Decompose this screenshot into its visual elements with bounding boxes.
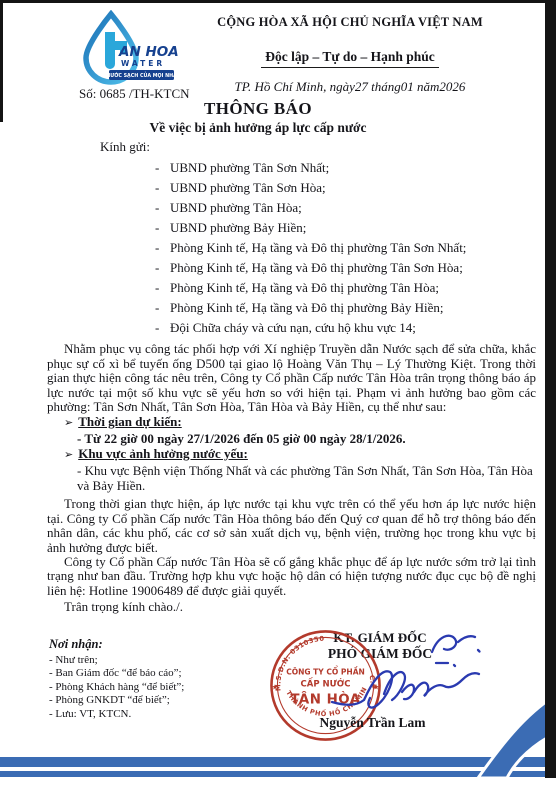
document-page: AN HOA WATER NƯỚC SẠCH CỦA MỌI NHÀ Số: 0… [0,0,556,787]
national-title: CỘNG HÒA XÃ HỘI CHỦ NGHĨA VIỆT NAM [215,15,485,30]
doc-subtitle: Về việc bị ảnh hưởng áp lực cấp nước [28,120,488,136]
dash-icon: - [155,278,170,298]
arrow-bullet-icon: ➢ [64,416,73,429]
recipient-item: -Phòng Kinh tế, Hạ tầng và Đô thị phường… [155,238,536,258]
dash-icon: - [155,178,170,198]
salutation: Kính gửi: [100,140,536,154]
time-detail: - Từ 22 giờ 00 ngày 27/1/2026 đến 05 giờ… [77,431,536,446]
recipient-item: -UBND phường Tân Sơn Hòa; [155,178,536,198]
noi-nhan-item: - Ban Giám đốc “để báo cáo”; [49,667,184,681]
logo-name: AN HOA [118,44,179,60]
arrow-bullet-icon: ➢ [64,448,73,461]
noi-nhan-title: Nơi nhận: [49,638,184,652]
page-border-top [0,0,556,3]
noi-nhan-item: - Như trên; [49,654,184,668]
recipient-item: -Phòng Kinh tế, Hạ tầng và Đô thị phường… [155,278,536,298]
bullet-area-heading: ➢Khu vực ảnh hưởng nước yếu: [64,446,536,463]
recipient-item: -UBND phường Tân Sơn Nhất; [155,158,536,178]
paragraph-notify: Trong thời gian thực hiện, áp lực nước t… [47,497,536,555]
dash-icon: - [155,158,170,178]
paragraph-hotline: Công ty Cổ phần Cấp nước Tân Hòa sẽ cố g… [47,555,536,598]
closing-line: Trân trọng kính chào./. [47,600,536,614]
dash-icon: - [155,318,170,338]
dash-icon: - [155,298,170,318]
place-date: TP. Hồ Chí Minh, ngày27 tháng01 năm2026 [215,79,485,95]
doc-body: Kính gửi: -UBND phường Tân Sơn Nhất; -UB… [47,138,536,615]
page-border-right [545,0,556,778]
company-logo: AN HOA WATER NƯỚC SẠCH CỦA MỌI NHÀ [80,10,180,90]
logo-tagline-banner: NƯỚC SẠCH CỦA MỌI NHÀ [106,70,177,80]
stamp-star-icon: ★ [272,682,279,691]
recipient-item: -UBND phường Tân Hòa; [155,198,536,218]
recipient-item: -Phòng Kinh tế, Hạ tầng và Đô thị phường… [155,298,536,318]
recipient-item: -Phòng Kinh tế, Hạ tầng và Đô thị phường… [155,258,536,278]
dash-icon: - [155,198,170,218]
page-border-left [0,0,3,122]
bullet-time-heading: ➢Thời gian dự kiến: [64,414,536,431]
dash-icon: - [155,218,170,238]
paragraph-intro: Nhằm phục vụ công tác phối hợp với Xí ng… [47,342,536,414]
doc-title: THÔNG BÁO [28,99,488,119]
recipient-item: -Đội Chữa cháy và cứu nạn, cứu hộ khu vự… [155,318,536,338]
national-motto: Độc lập – Tự do – Hạnh phúc [261,49,439,68]
signer-name: Nguyễn Trần Lam [280,715,465,731]
national-header: CỘNG HÒA XÃ HỘI CHỦ NGHĨA VIỆT NAM Độc l… [215,15,485,95]
recipients-list: -UBND phường Tân Sơn Nhất; -UBND phường … [155,158,536,338]
logo-water: WATER [121,59,165,68]
recipient-item: -UBND phường Bảy Hiền; [155,218,536,238]
area-detail: - Khu vực Bệnh viện Thống Nhất và các ph… [77,463,536,494]
dash-icon: - [155,258,170,278]
dash-icon: - [155,238,170,258]
